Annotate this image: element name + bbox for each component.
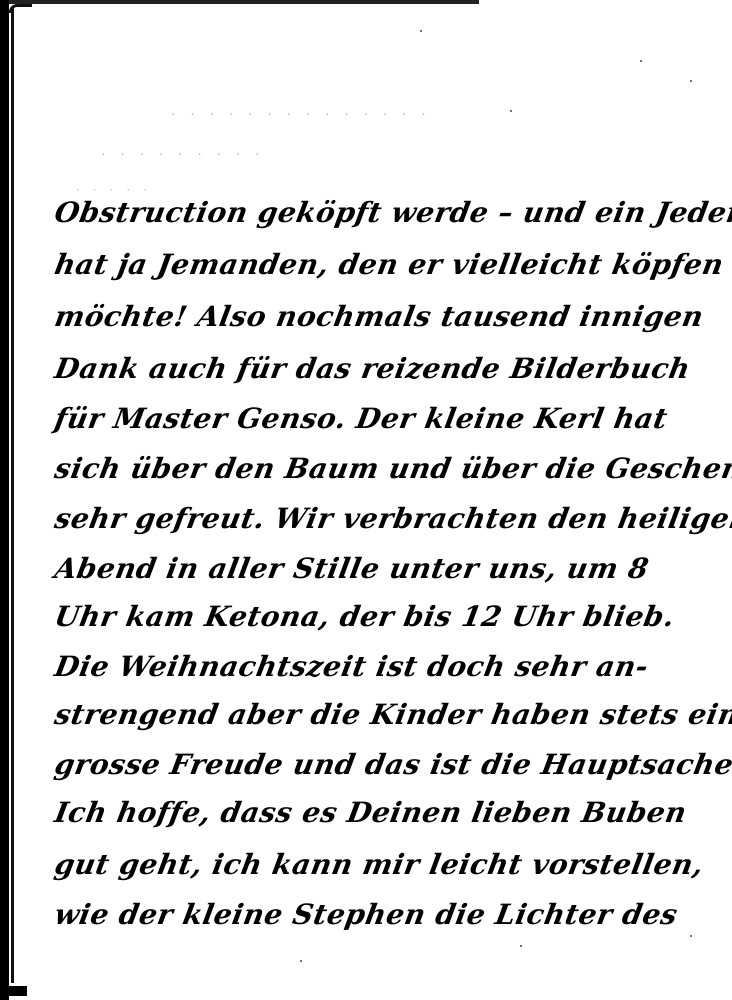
- handwritten-line: gut geht, ich kann mir leicht vorstellen…: [52, 848, 706, 881]
- scan-speck: [420, 30, 422, 32]
- scan-speck: [690, 935, 692, 937]
- scanned-letter-page: · · · · · · · · · · · · · · · · · · · · …: [0, 0, 732, 1000]
- handwritten-line: sich über den Baum und über die Geschenk…: [52, 452, 732, 485]
- bleed-through-text: · · · · ·: [75, 186, 151, 196]
- handwritten-line: Die Weihnachtszeit ist doch sehr an-: [52, 650, 651, 683]
- page-edge-line: [11, 8, 14, 983]
- binding-edge-bottom: [9, 986, 27, 996]
- handwritten-line: hat ja Jemanden, den er vielleicht köpfe…: [52, 248, 726, 281]
- handwritten-line: Abend in aller Stille unter uns, um 8: [52, 552, 651, 585]
- scan-speck: [510, 110, 512, 112]
- scan-speck: [520, 945, 522, 947]
- bleed-through-text: · · · · · · · · ·: [100, 148, 264, 161]
- handwritten-line: Dank auch für das reizende Bilderbuch: [52, 352, 693, 385]
- scan-speck: [640, 60, 642, 62]
- handwritten-line: Obstruction geköpft werde – und ein Jede…: [52, 196, 732, 229]
- bleed-through-text: · · · · · · · · · · · · · ·: [170, 108, 430, 121]
- page-edge-top: [9, 0, 479, 4]
- handwritten-line: für Master Genso. Der kleine Kerl hat: [52, 402, 670, 435]
- handwritten-line: strengend aber die Kinder haben stets ei…: [52, 698, 732, 731]
- binding-edge-left: [0, 0, 9, 1000]
- handwritten-line: wie der kleine Stephen die Lichter des: [52, 898, 680, 931]
- handwritten-line: Ich hoffe, dass es Deinen lieben Buben: [52, 796, 689, 829]
- page-corner-curl: [9, 4, 32, 13]
- scan-speck: [300, 960, 302, 962]
- handwritten-line: möchte! Also nochmals tausend innigen: [52, 300, 706, 333]
- handwritten-line: sehr gefreut. Wir verbrachten den heilig…: [52, 502, 732, 535]
- handwritten-line: grosse Freude und das ist die Hauptsache…: [52, 748, 732, 781]
- scan-speck: [690, 80, 692, 82]
- handwritten-line: Uhr kam Ketona, der bis 12 Uhr blieb.: [52, 600, 677, 633]
